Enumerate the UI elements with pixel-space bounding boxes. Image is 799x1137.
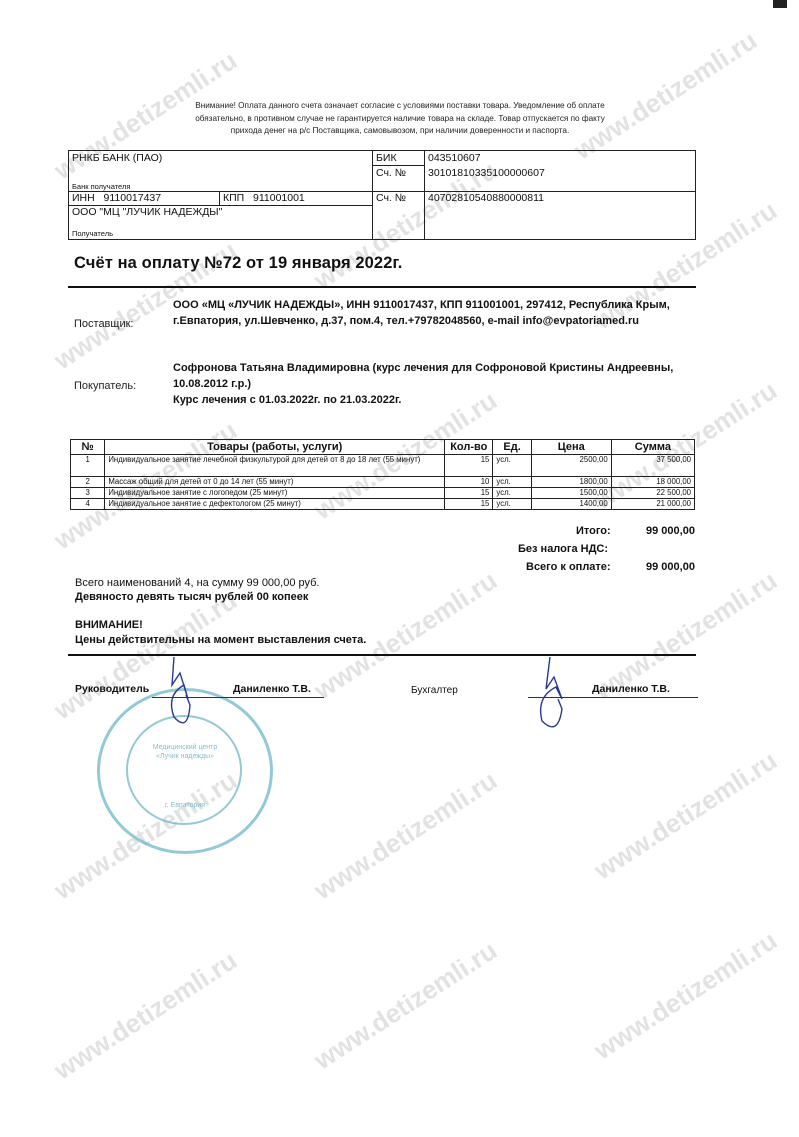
invoice-title: Счёт на оплату №72 от 19 января 2022г. bbox=[74, 254, 402, 273]
kpp-value: 911001001 bbox=[253, 192, 305, 204]
scan-edge-mark bbox=[773, 0, 787, 8]
row-sum: 18 000,00 bbox=[611, 477, 694, 488]
head-name: Даниленко Т.В. bbox=[233, 683, 311, 695]
notice-line: прихода денег на р/с Поставщика, самовыв… bbox=[130, 125, 670, 138]
stamp-line: Медицинский центр bbox=[140, 743, 230, 752]
table-row: 2 Массаж общий для детей от 0 до 14 лет … bbox=[71, 477, 695, 488]
watermark: www.detizemli.ru bbox=[49, 945, 243, 1086]
vat-label: Без налога НДС: bbox=[518, 543, 608, 555]
row-price: 1800,00 bbox=[531, 477, 611, 488]
row-sum: 22 500,00 bbox=[611, 488, 694, 499]
row-qty: 10 bbox=[445, 477, 493, 488]
row-sum: 37 500,00 bbox=[611, 455, 694, 477]
row-number: 2 bbox=[71, 477, 105, 488]
table-row: 4 Индивидуальное занятие с дефектологом … bbox=[71, 499, 695, 510]
row-price: 2500,00 bbox=[531, 455, 611, 477]
watermark: www.detizemli.ru bbox=[589, 925, 783, 1066]
total-label: Итого: bbox=[576, 525, 611, 537]
watermark: www.detizemli.ru bbox=[309, 765, 503, 906]
title-divider bbox=[68, 286, 696, 288]
row-number: 3 bbox=[71, 488, 105, 499]
items-table: № Товары (работы, услуги) Кол-во Ед. Цен… bbox=[70, 439, 695, 510]
amount-due-value: 99 000,00 bbox=[646, 561, 695, 573]
row-name: Массаж общий для детей от 0 до 14 лет (5… bbox=[105, 477, 445, 488]
row-name: Индивидуальное занятие с дефектологом (2… bbox=[105, 499, 445, 510]
row-sum: 21 000,00 bbox=[611, 499, 694, 510]
payment-notice: Внимание! Оплата данного счета означает … bbox=[130, 100, 670, 138]
corr-account-value: 30101810335100000607 bbox=[425, 167, 545, 180]
row-qty: 15 bbox=[445, 488, 493, 499]
col-qty: Кол-во bbox=[445, 440, 493, 455]
amount-due-label: Всего к оплате: bbox=[526, 561, 611, 573]
watermark: www.detizemli.ru bbox=[569, 25, 763, 166]
row-name: Индивидуальное занятие с логопедом (25 м… bbox=[105, 488, 445, 499]
inn-value: 9110017437 bbox=[103, 192, 161, 204]
inn-label: ИНН bbox=[72, 192, 95, 204]
amount-in-words: Девяносто девять тысяч рублей 00 копеек bbox=[75, 591, 308, 603]
stamp-text: Медицинский центр «Лучик надежды» г. Евп… bbox=[140, 743, 230, 810]
bank-details-table: РНКБ БАНК (ПАО) Банк получателя ИНН 9110… bbox=[68, 150, 696, 240]
col-sum: Сумма bbox=[611, 440, 694, 455]
table-header-row: № Товары (работы, услуги) Кол-во Ед. Цен… bbox=[71, 440, 695, 455]
corr-account-label: Сч. № bbox=[373, 167, 406, 180]
kpp-label: КПП bbox=[223, 192, 244, 204]
col-name: Товары (работы, услуги) bbox=[105, 440, 445, 455]
table-row: 3 Индивидуальное занятие с логопедом (25… bbox=[71, 488, 695, 499]
watermark: www.detizemli.ru bbox=[309, 935, 503, 1076]
stamp-line: «Лучик надежды» bbox=[140, 752, 230, 761]
row-unit: усл. bbox=[493, 455, 531, 477]
items-count-line: Всего наименований 4, на сумму 99 000,00… bbox=[75, 577, 320, 589]
buyer-line: 10.08.2012 г.р.) bbox=[173, 376, 673, 392]
bik-label: БИК bbox=[373, 152, 397, 165]
inn-field: ИНН 9110017437 bbox=[69, 192, 161, 205]
row-price: 1500,00 bbox=[531, 488, 611, 499]
row-unit: усл. bbox=[493, 499, 531, 510]
col-price: Цена bbox=[531, 440, 611, 455]
accountant-label: Бухгалтер bbox=[411, 685, 458, 696]
account-label: Сч. № bbox=[373, 192, 406, 205]
head-label: Руководитель bbox=[75, 683, 149, 695]
row-unit: усл. bbox=[493, 488, 531, 499]
accountant-signature-scribble-icon bbox=[528, 655, 578, 740]
attention-text: Цены действительны на момент выставления… bbox=[75, 634, 366, 646]
col-number: № bbox=[71, 440, 105, 455]
table-row: 1 Индивидуальное занятие лечебной физкул… bbox=[71, 455, 695, 477]
supplier-details: ООО «МЦ «ЛУЧИК НАДЕЖДЫ», ИНН 9110017437,… bbox=[173, 297, 670, 329]
course-period: Курс лечения с 01.03.2022г. по 21.03.202… bbox=[173, 392, 673, 408]
supplier-label: Поставщик: bbox=[74, 318, 133, 330]
buyer-line: Софронова Татьяна Владимировна (курс леч… bbox=[173, 360, 673, 376]
head-signature-scribble-icon bbox=[160, 655, 210, 735]
buyer-label: Покупатель: bbox=[74, 380, 136, 392]
bik-value: 043510607 bbox=[425, 152, 481, 165]
supplier-line: ООО «МЦ «ЛУЧИК НАДЕЖДЫ», ИНН 9110017437,… bbox=[173, 297, 670, 313]
buyer-details: Софронова Татьяна Владимировна (курс леч… bbox=[173, 360, 673, 408]
row-qty: 15 bbox=[445, 455, 493, 477]
recipient-name: ООО "МЦ "ЛУЧИК НАДЕЖДЫ" bbox=[69, 206, 222, 219]
watermark: www.detizemli.ru bbox=[589, 745, 783, 886]
bank-name: РНКБ БАНК (ПАО) bbox=[69, 152, 162, 165]
attention-heading: ВНИМАНИЕ! bbox=[75, 619, 143, 631]
accountant-name: Даниленко Т.В. bbox=[592, 683, 670, 695]
row-number: 4 bbox=[71, 499, 105, 510]
kpp-field: КПП 911001001 bbox=[220, 192, 305, 205]
row-number: 1 bbox=[71, 455, 105, 477]
total-value: 99 000,00 bbox=[646, 525, 695, 537]
row-unit: усл. bbox=[493, 477, 531, 488]
recipient-label: Получатель bbox=[69, 227, 113, 240]
notice-line: Внимание! Оплата данного счета означает … bbox=[130, 100, 670, 113]
col-unit: Ед. bbox=[493, 440, 531, 455]
notice-line: обязательно, в противном случае не гаран… bbox=[130, 113, 670, 126]
row-qty: 15 bbox=[445, 499, 493, 510]
stamp-line: г. Евпатория bbox=[140, 801, 230, 810]
row-price: 1400,00 bbox=[531, 499, 611, 510]
account-value: 40702810540880000811 bbox=[425, 192, 544, 205]
supplier-line: г.Евпатория, ул.Шевченко, д.37, пом.4, т… bbox=[173, 313, 670, 329]
row-name: Индивидуальное занятие лечебной физкульт… bbox=[105, 455, 445, 477]
